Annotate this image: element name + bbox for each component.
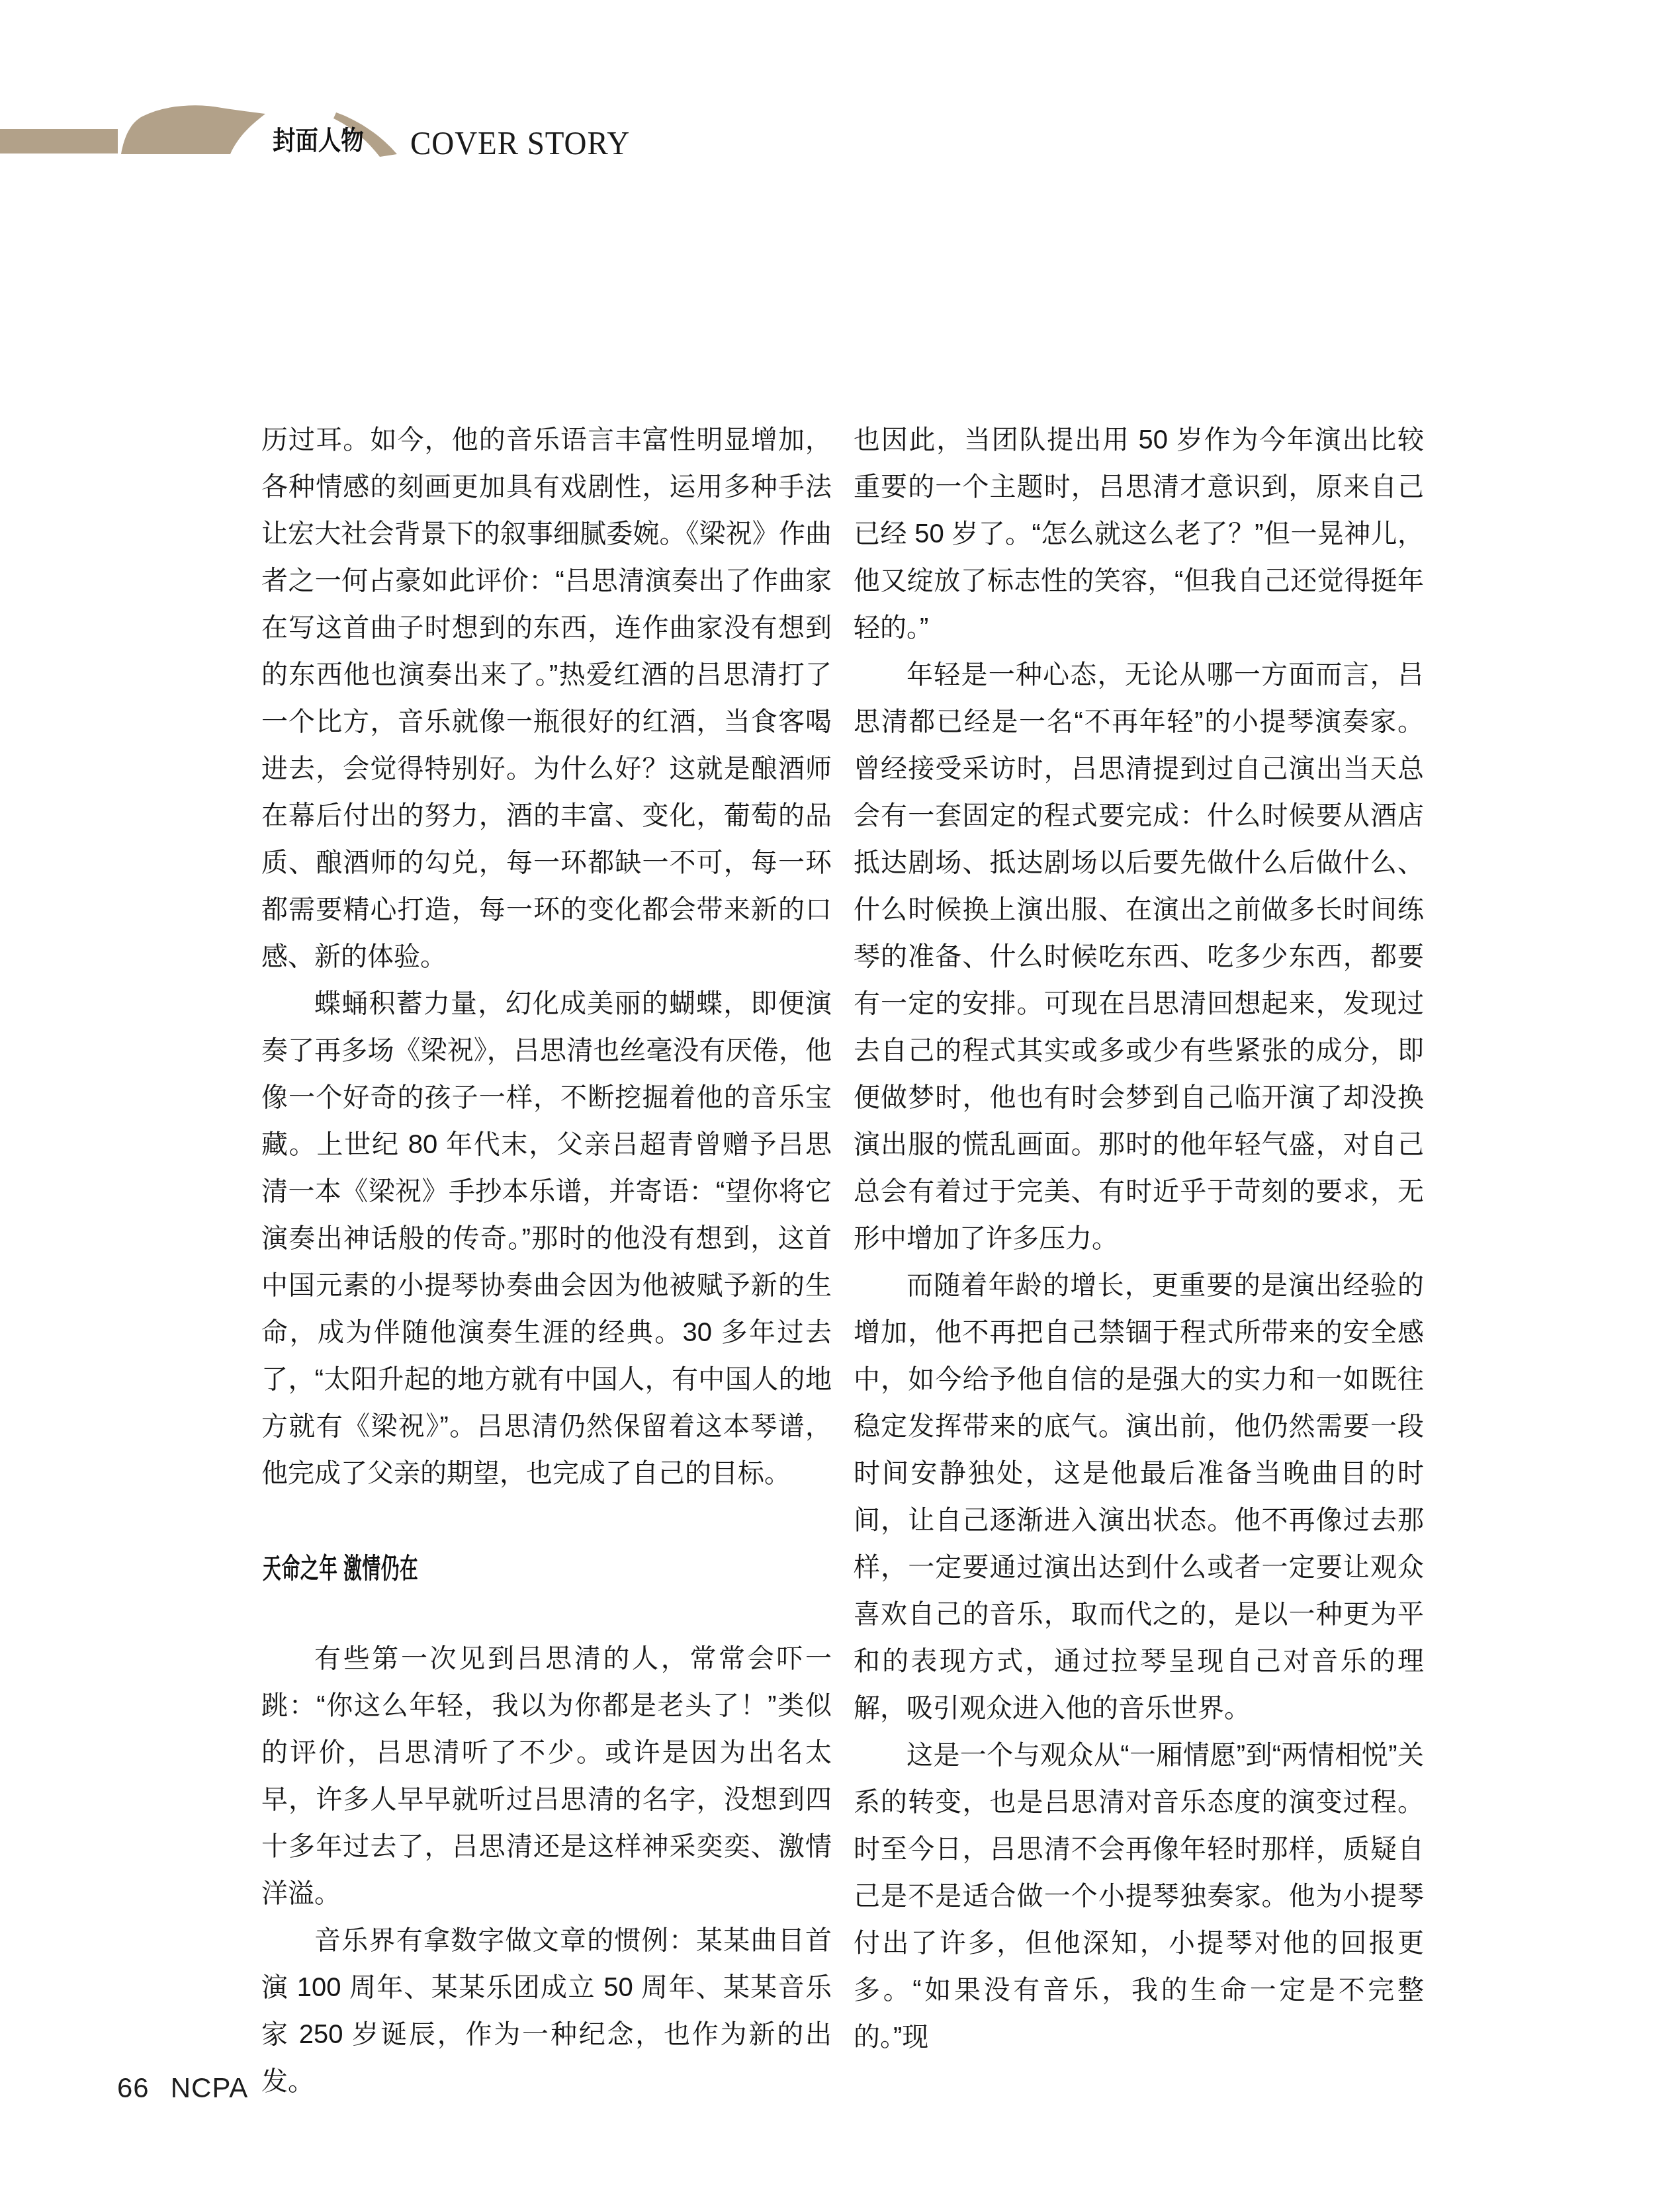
paragraph: 年轻是一种心态，无论从哪一方面而言，吕思清都已经是一名“不再年轻”的小提琴演奏家… [854, 652, 1424, 1262]
paragraph: 而随着年龄的增长，更重要的是演出经验的增加，他不再把自己禁锢于程式所带来的安全感… [854, 1262, 1424, 1732]
paragraph: 也因此，当团队提出用 50 岁作为今年演出比较重要的一个主题时，吕思清才意识到，… [854, 417, 1424, 652]
leaf-shape [121, 105, 265, 154]
left-column-bottom: 有些第一次见到吕思清的人，常常会吓一跳：“你这么年轻，我以为你都是老头了！”类似… [261, 1636, 832, 2105]
section-heading: 天命之年 激情仍在 [263, 1553, 418, 1584]
right-column: 也因此，当团队提出用 50 岁作为今年演出比较重要的一个主题时，吕思清才意识到，… [854, 417, 1424, 2061]
section-title-cn: 封面人物 [273, 128, 364, 154]
paragraph: 蝶蛹积蓄力量，幻化成美丽的蝴蝶，即便演奏了再多场《梁祝》，吕思清也丝毫没有厌倦，… [261, 981, 832, 1497]
magazine-brand: NCPA [171, 2072, 249, 2104]
left-column-top: 历过耳。如今，他的音乐语言丰富性明显增加，各种情感的刻画更加具有戏剧性，运用多种… [261, 417, 832, 1497]
magazine-page: 封面人物 COVER STORY 历过耳。如今，他的音乐语言丰富性明显增加，各种… [0, 0, 1680, 2188]
paragraph: 有些第一次见到吕思清的人，常常会吓一跳：“你这么年轻，我以为你都是老头了！”类似… [261, 1636, 832, 1917]
header-accent-bar [0, 129, 118, 153]
paragraph: 历过耳。如今，他的音乐语言丰富性明显增加，各种情感的刻画更加具有戏剧性，运用多种… [261, 417, 832, 981]
page-footer: 66 NCPA [117, 2072, 248, 2104]
paragraph: 这是一个与观众从“一厢情愿”到“两情相悦”关系的转变，也是吕思清对音乐态度的演变… [854, 1732, 1424, 2061]
section-title-en: COVER STORY [410, 126, 630, 159]
paragraph: 音乐界有拿数字做文章的惯例：某某曲目首演 100 周年、某某乐团成立 50 周年… [261, 1917, 832, 2105]
page-number: 66 [117, 2072, 150, 2104]
header-leaf-swoosh-art [118, 103, 409, 162]
